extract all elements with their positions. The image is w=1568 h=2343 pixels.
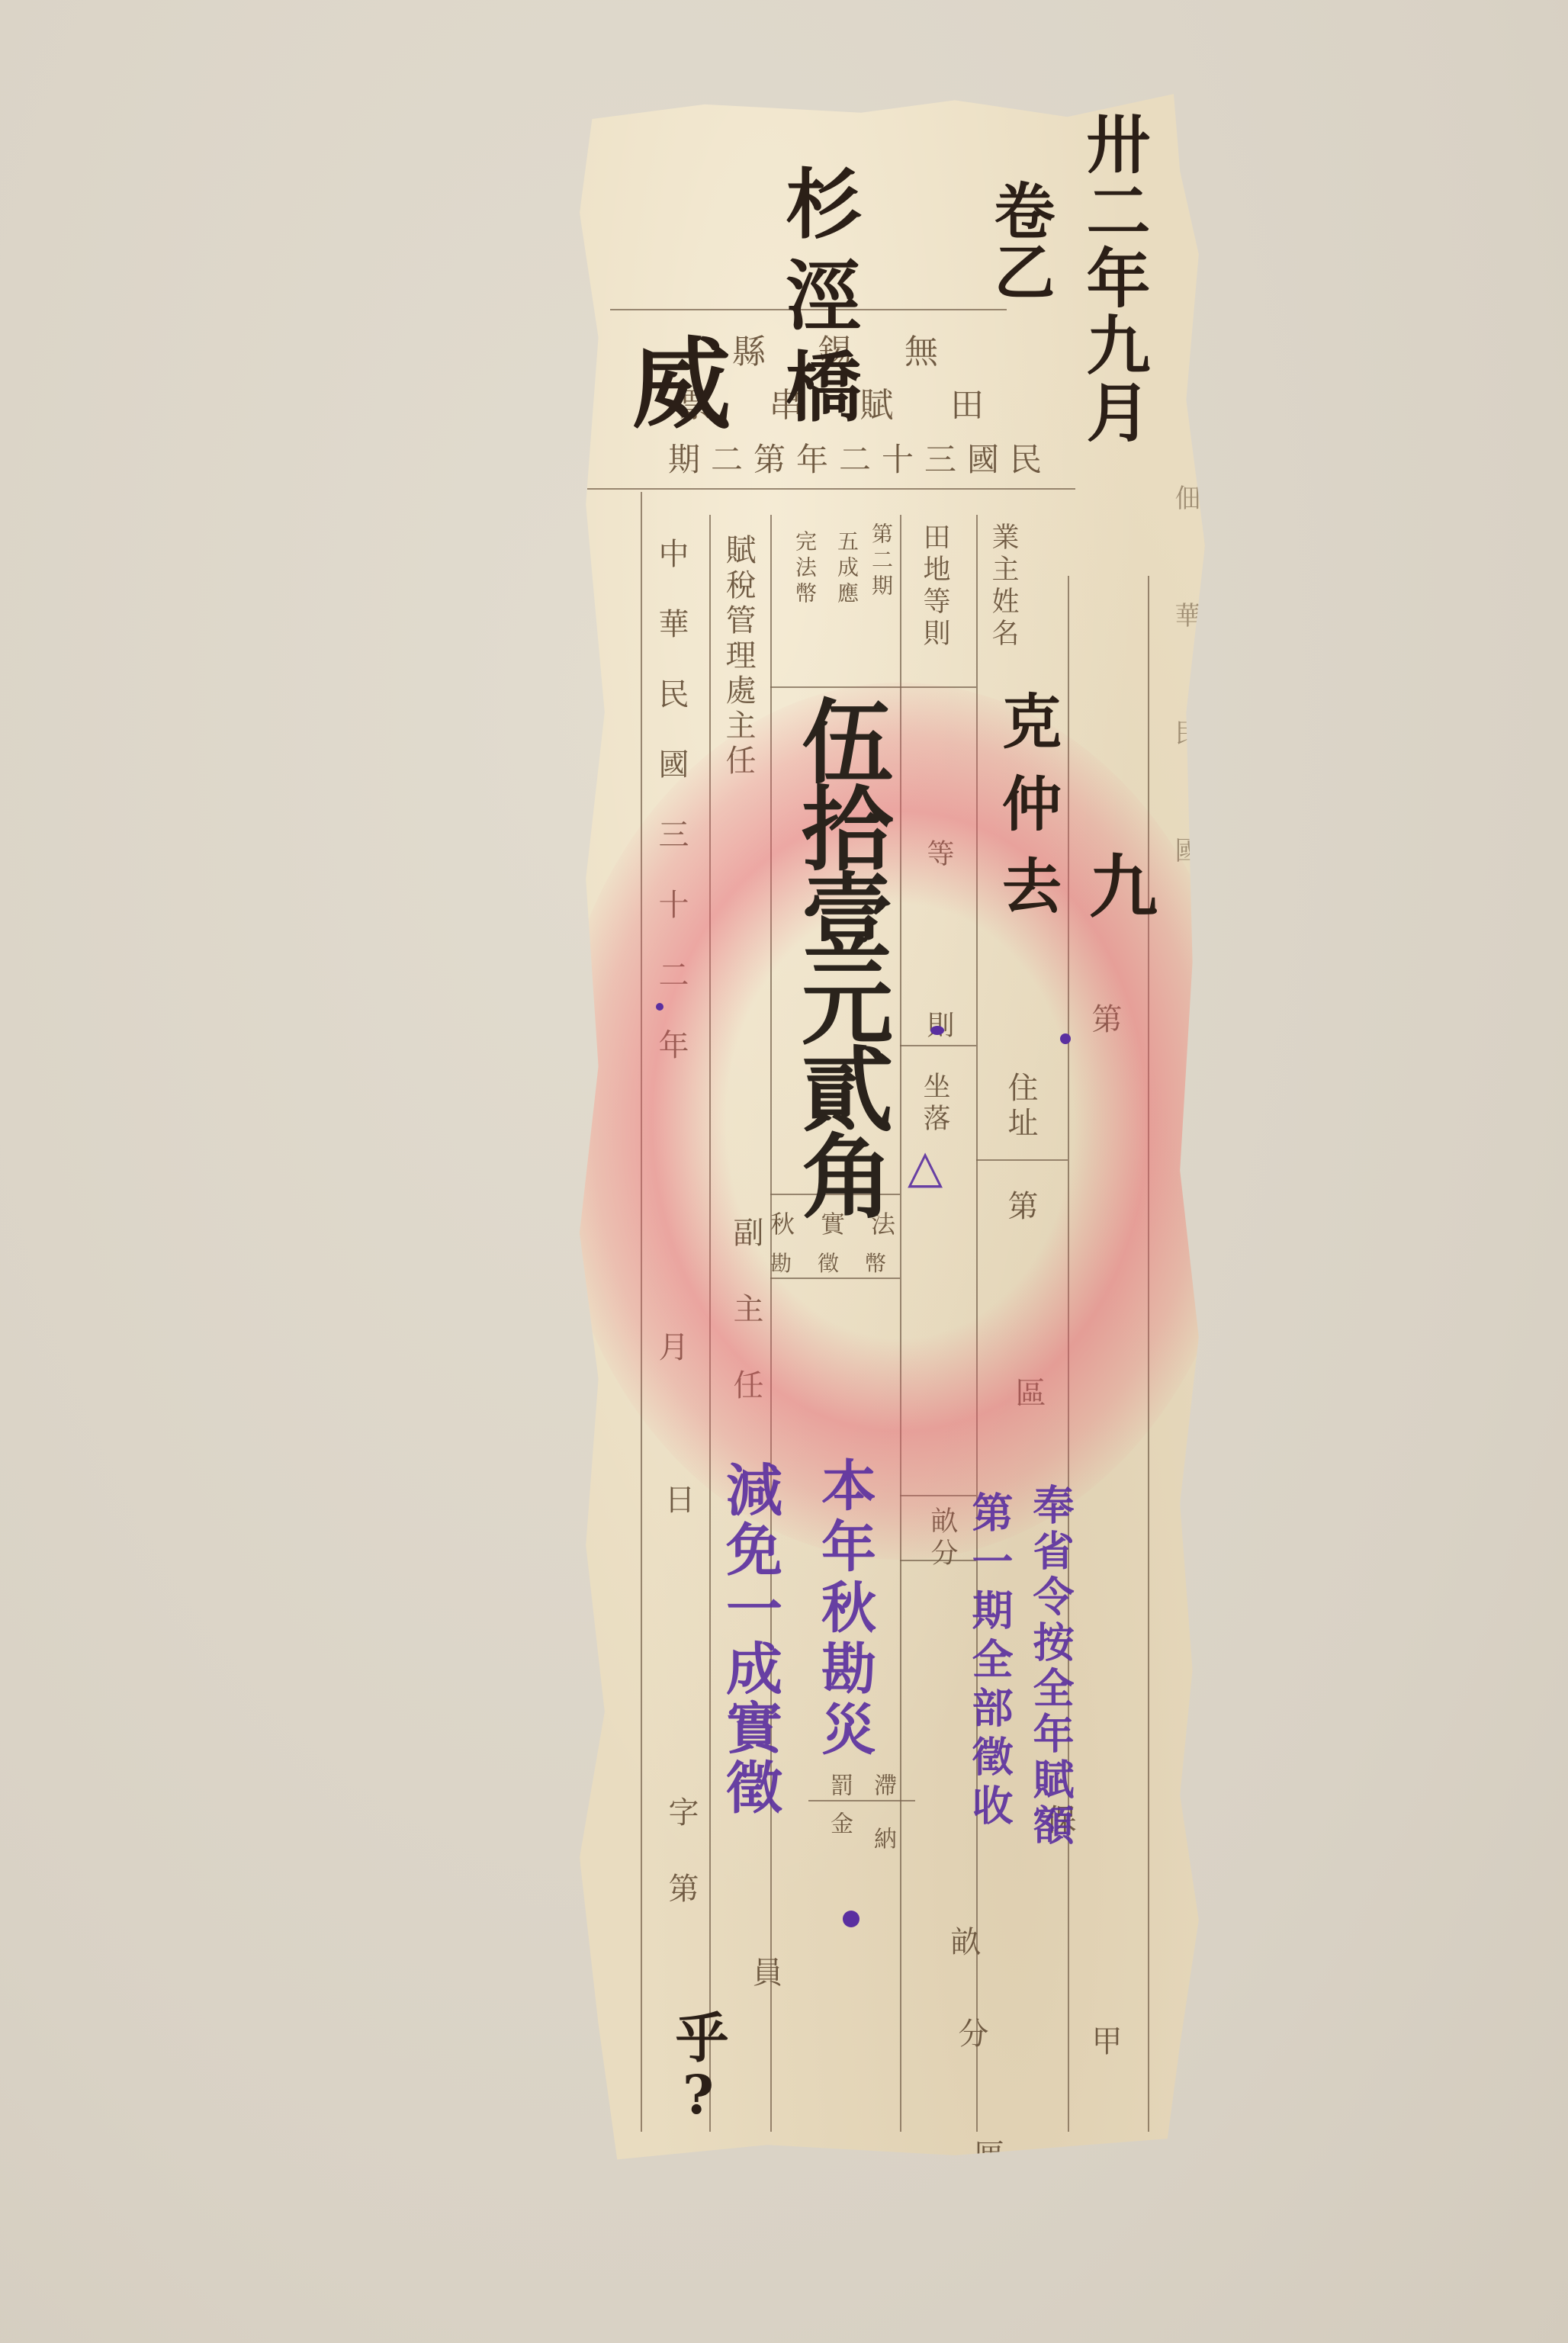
edge-char: 民: [1170, 719, 1200, 837]
edge-char: 華: [1170, 602, 1200, 719]
purple-ink-dot: [1060, 1033, 1071, 1044]
county-char: 無: [904, 324, 938, 373]
tax-receipt-paper: 無 錫 縣 田 賦 串 票 民國三十二年第二期 業主姓名 田地等則 第二期 五成…: [580, 88, 1205, 2170]
purple-ink-dot: [656, 1003, 664, 1011]
fen-label: 分: [949, 2017, 993, 2052]
amount-stamp: 伍拾壹元貳角: [774, 694, 905, 1216]
header-bottom-rule: [587, 488, 1075, 490]
jia-label: 甲: [1083, 2025, 1126, 2060]
handwritten-owner-name: 克仲去: [984, 690, 1069, 937]
edge-char: 佃: [1170, 484, 1200, 602]
purple-stamp-column-1: 本年秋勘災: [805, 1457, 884, 1762]
day-label: 日: [656, 1483, 699, 1519]
handwritten-serial-value: 乎?: [660, 2010, 737, 2126]
period-text: 民國三十二年第二期: [668, 435, 1052, 480]
fine-label: 罰金: [822, 1773, 856, 1850]
handwritten-left-column-3: 威: [602, 332, 745, 431]
purple-stamp-column-2: 減免一成實徵: [709, 1461, 790, 1818]
title-char: 田: [950, 378, 984, 426]
header-period: 民國三十二年第二期: [625, 435, 1052, 480]
rate-label: 五成應: [831, 530, 862, 608]
purple-triangle-mark: △: [908, 1140, 943, 1194]
li-label: 厘: [965, 2139, 1008, 2174]
handwritten-date-top-right: 卅二年九月: [1068, 111, 1160, 446]
owner-name-label: 業主姓名: [984, 522, 1023, 675]
purple-stamp-column-4: 第一期全部徵收: [961, 1491, 1020, 1833]
handwritten-number-value: 九: [1068, 850, 1167, 919]
payment-label: 完法幣: [789, 530, 820, 608]
purple-stamp-column-3: 奉省令按全年賦額: [1022, 1483, 1081, 1850]
handwritten-left-column-2: 杉涇橋: [763, 164, 872, 439]
handwritten-left-column-1: 卷乙: [976, 179, 1064, 301]
mu-label: 畝: [942, 1926, 985, 1961]
land-grade-label: 田地等則: [915, 522, 954, 651]
arrears-label: 滯納: [866, 1773, 899, 1880]
clerk-label: 員: [744, 1956, 787, 1991]
purple-ink-dot: [930, 1026, 944, 1035]
purple-ink-dot: [843, 1911, 860, 1927]
period-label: 第二期: [866, 522, 896, 600]
serial-prefix-label: 字第: [660, 1796, 703, 1949]
